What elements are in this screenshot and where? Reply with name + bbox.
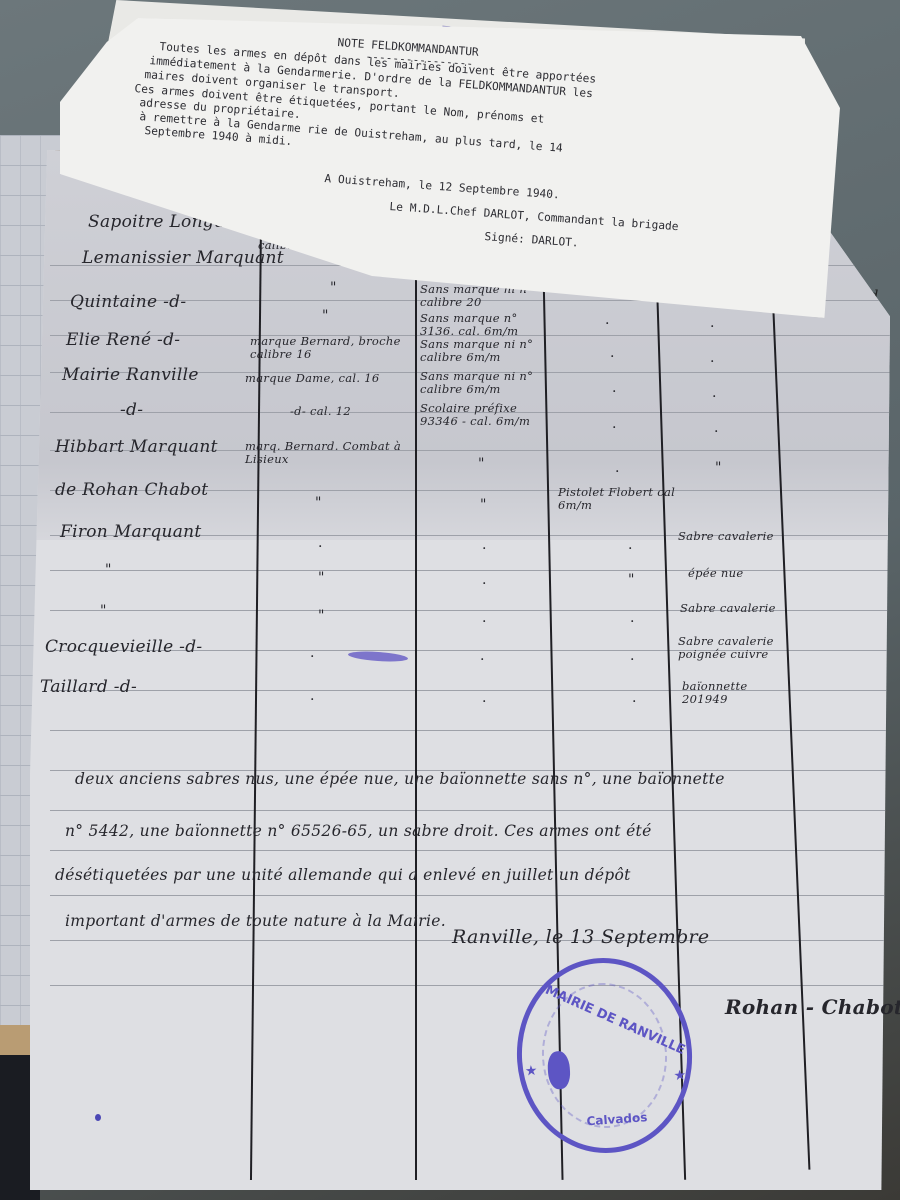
row-col5: . <box>712 385 717 401</box>
row-col2: -d- cal. 12 <box>290 405 410 418</box>
row-col2: marque Dame, cal. 16 <box>245 372 415 385</box>
remarks-line: désétiquetées par une unité allemande qu… <box>55 866 631 884</box>
row-col3: . <box>482 690 487 706</box>
row-col2: " <box>322 308 329 324</box>
closing-date: Ranville, le 13 Septembre <box>452 926 709 948</box>
row-col5: épée nue <box>688 567 788 580</box>
row-col2: . <box>310 688 315 704</box>
remarks-line: important d'armes de toute nature à la M… <box>65 912 446 930</box>
row-col4: . <box>630 648 635 664</box>
row-col5: . <box>714 420 719 436</box>
ruled-line <box>50 810 890 811</box>
row-col5: . <box>710 315 715 331</box>
row-col4: . <box>630 610 635 626</box>
row-col2: " <box>330 280 337 296</box>
row-col5: baïonnette 201949 <box>682 680 797 706</box>
star-icon: ★ <box>524 1063 538 1080</box>
column-divider <box>415 230 417 1180</box>
row-name: Taillard -d- <box>40 677 137 697</box>
row-col3: . <box>482 610 487 626</box>
row-col3: . <box>480 648 485 664</box>
row-col4: . <box>628 537 633 553</box>
signature: Rohan - Chabot <box>725 995 900 1019</box>
row-col4: " <box>628 572 635 588</box>
row-col5: . <box>710 350 715 366</box>
row-col5: Sabre cavalerie <box>680 602 790 615</box>
remarks-line: n° 5442, une baïonnette n° 65526-65, un … <box>65 822 652 840</box>
row-col5: Sabre cavalerie poignée cuivre <box>678 635 788 661</box>
row-name: Elie René -d- <box>66 330 180 350</box>
row-col5: " <box>715 460 722 476</box>
row-name: Mairie Ranville <box>62 365 199 385</box>
row-col4: . <box>610 345 615 361</box>
row-name: -d- <box>120 400 143 420</box>
row-col2: " <box>318 608 325 624</box>
row-col3: Sans marque ni n° calibre 6m/m <box>420 370 555 396</box>
ruled-line <box>50 985 890 986</box>
row-name: Quintaine -d- <box>70 292 186 312</box>
row-name: Hibbart Marquant <box>55 437 218 457</box>
stamp-bottom-text: Calvados <box>586 1110 648 1128</box>
row-name: Crocquevieille -d- <box>45 637 202 657</box>
row-name: " <box>105 562 112 578</box>
row-col4: . <box>605 312 610 328</box>
row-name: de Rohan Chabot <box>55 480 208 500</box>
row-col3: . <box>482 537 487 553</box>
row-name: Firon Marquant <box>60 522 202 542</box>
ink-dot <box>95 1114 101 1121</box>
row-name: " <box>100 603 107 619</box>
row-col3: " <box>480 497 487 513</box>
row-col2: . <box>310 645 315 661</box>
row-col2: . <box>318 535 323 551</box>
row-col3: Sans marque ni n° calibre 6m/m <box>420 338 555 364</box>
ruled-line <box>50 895 890 896</box>
row-col2: marq. Bernard. Combat à Lisieux <box>245 440 415 466</box>
row-name: Lemanissier Marquant <box>82 248 284 268</box>
ruled-line <box>50 850 890 851</box>
row-col4: . <box>612 380 617 396</box>
row-col4: Pistolet Flobert cal 6m/m <box>558 486 683 512</box>
row-col3: Scolaire préfixe 93346 - cal. 6m/m <box>420 402 555 428</box>
row-col4: . <box>632 690 637 706</box>
remarks-line: deux anciens sabres nus, une épée nue, u… <box>75 770 725 788</box>
star-icon: ★ <box>673 1067 687 1084</box>
row-col3: " <box>478 456 485 472</box>
row-col4: . <box>615 460 620 476</box>
row-col3: . <box>482 572 487 588</box>
row-col5: Sabre cavalerie <box>678 530 788 543</box>
row-col3: Sans marque n° 3136. cal. 6m/m <box>420 312 555 338</box>
row-col2: " <box>318 570 325 586</box>
ruled-line <box>50 730 890 731</box>
row-col4: . <box>612 416 617 432</box>
row-col2: marque Bernard, broche calibre 16 <box>250 335 410 361</box>
row-col2: " <box>315 495 322 511</box>
